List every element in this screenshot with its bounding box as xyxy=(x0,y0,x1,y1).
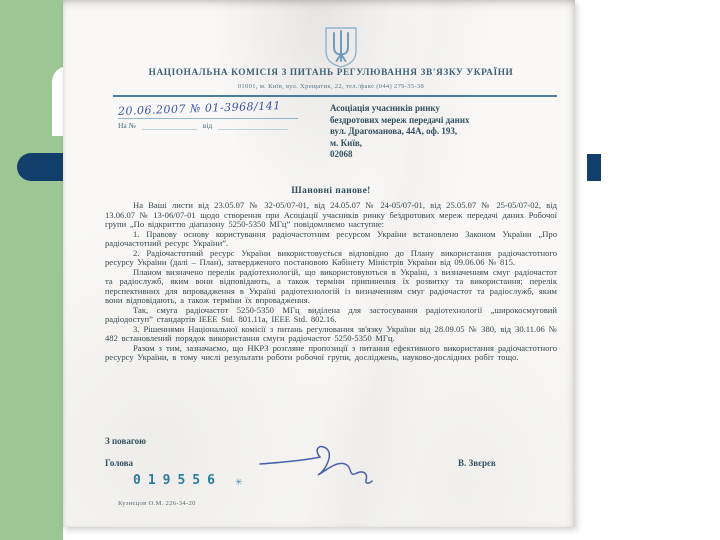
outgoing-number-line: 20.06.2007 № 01-3968/141 xyxy=(118,99,298,119)
recipient-line: м. Київ, xyxy=(330,138,562,150)
body-paragraph: 1. Правову основу користування радіочаст… xyxy=(105,230,557,249)
stamp-asterisk-mark: ✳ xyxy=(235,477,243,488)
recipient-line: бездротових мереж передачі даних xyxy=(330,115,562,127)
org-address-line: 01001, м. Київ, вул. Хрещатик, 22, тел./… xyxy=(105,83,557,90)
presentation-slide: НАЦІОНАЛЬНА КОМІСІЯ З ПИТАНЬ РЕГУЛЮВАННЯ… xyxy=(0,0,720,540)
slide-accent-bar-right xyxy=(587,154,601,181)
body-paragraph: 3. Рішеннями Національної комісії з пита… xyxy=(105,325,557,344)
body-paragraph: Так, смуга радіочастот 5250-5350 МГц вид… xyxy=(105,306,557,325)
reply-reference-row: На № від xyxy=(118,121,303,130)
reply-date-blank xyxy=(218,121,288,130)
reference-block: 20.06.2007 № 01-3968/141 На № від xyxy=(118,99,303,130)
executor-contact-line: Кузнєцов О.М. 226-34-20 xyxy=(118,500,196,507)
letter-body: На Ваші листи від 23.05.07 № 32-05/07-01… xyxy=(105,201,557,363)
reply-on-label: На № xyxy=(118,121,136,130)
closing-phrase: З повагою xyxy=(105,436,146,446)
ukraine-trident-emblem-icon xyxy=(324,26,358,68)
reply-number-blank xyxy=(142,121,197,130)
salutation: Шановні панове! xyxy=(105,186,557,196)
body-paragraph: Разом з тим, зазначаємо, що НКРЗ розглян… xyxy=(105,344,557,363)
recipient-line: вул. Драгоманова, 44А, оф. 193, xyxy=(330,126,562,138)
recipient-address-block: Асоціація учасників ринку бездротових ме… xyxy=(330,103,562,161)
body-paragraph: 2. Радіочастотний ресурс України викорис… xyxy=(105,249,557,268)
signer-name: В. Звєрєв xyxy=(458,458,496,468)
recipient-line: Асоціація учасників ринку xyxy=(330,103,562,115)
body-paragraph: Планом визначено перелік радіотехнологій… xyxy=(105,268,557,306)
signature-ink xyxy=(258,440,398,488)
header-divider-rule xyxy=(113,95,557,97)
org-name-heading: НАЦІОНАЛЬНА КОМІСІЯ З ПИТАНЬ РЕГУЛЮВАННЯ… xyxy=(105,68,557,78)
reply-from-label: від xyxy=(203,121,212,130)
body-paragraph: На Ваші листи від 23.05.07 № 32-05/07-01… xyxy=(105,201,557,230)
recipient-line: 02068 xyxy=(330,149,562,161)
slide-accent-bar-left xyxy=(17,153,67,181)
registration-stamp-number: 019556 xyxy=(133,473,222,488)
scanned-letter: НАЦІОНАЛЬНА КОМІСІЯ З ПИТАНЬ РЕГУЛЮВАННЯ… xyxy=(63,0,575,527)
handwritten-date-number: 20.06.2007 № 01-3968/141 xyxy=(118,99,281,118)
signer-title: Голова xyxy=(105,458,133,468)
